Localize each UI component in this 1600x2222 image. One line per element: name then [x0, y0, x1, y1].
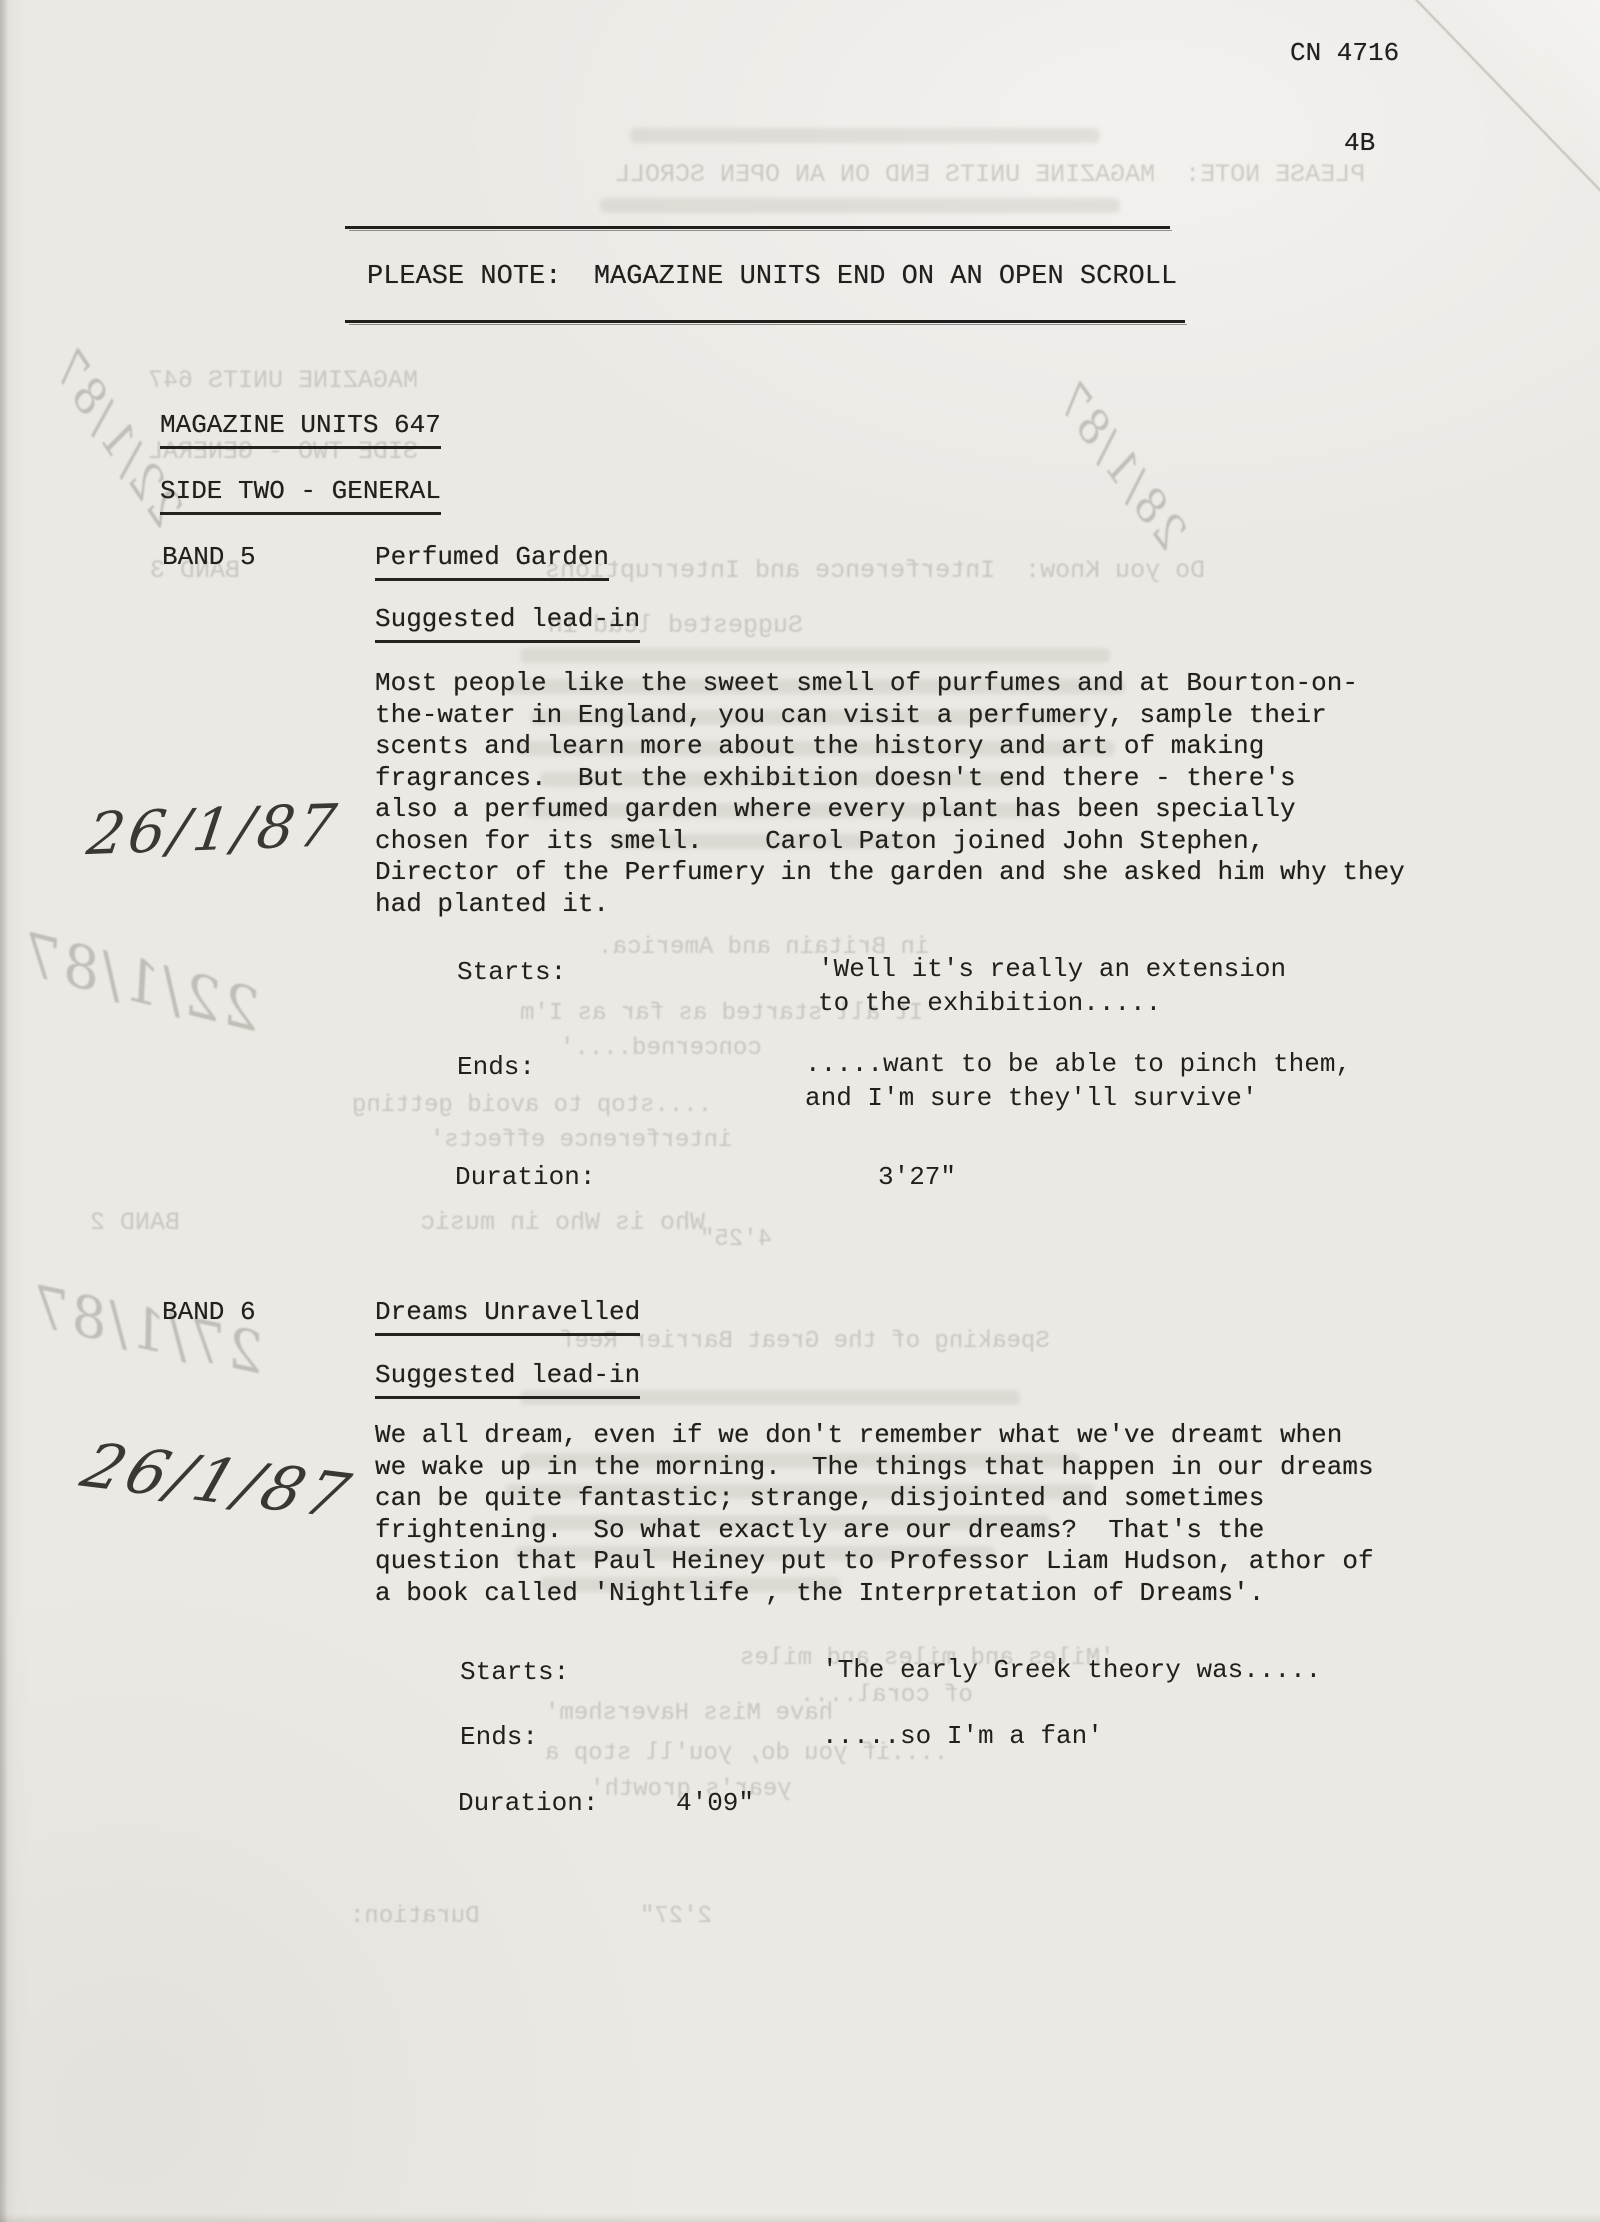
band-label: BAND 6	[162, 1297, 256, 1328]
starts-label: Starts:	[460, 1657, 569, 1687]
starts-label: Starts:	[457, 957, 566, 987]
duration-value: 3'27"	[878, 1160, 956, 1194]
duration-value: 4'09"	[676, 1786, 754, 1820]
notice-rule-bottom	[345, 320, 1185, 323]
scan-left-edge	[0, 0, 7, 2222]
bleedthrough-text: 22/1/87	[13, 919, 267, 1044]
band-title: Dreams Unravelled	[375, 1297, 640, 1336]
duration-label: Duration:	[455, 1162, 595, 1192]
lead-in-heading: Suggested lead-in	[375, 604, 640, 643]
handwritten-date-band6: 26/1/87	[73, 1429, 362, 1532]
starts-value: 'Well it's really an extension to the ex…	[818, 952, 1286, 1020]
bleedthrough-text: concerned....'	[560, 1035, 762, 1062]
bleedthrough-text: interference effects'	[430, 1127, 732, 1154]
scan-bottom-edge	[0, 2214, 1600, 2222]
handwritten-date-band5: 26/1/87	[83, 791, 344, 868]
bleedthrough-text: 2'27"	[640, 1903, 712, 1930]
band-label: BAND 5	[162, 542, 256, 573]
bleedthrough-text: Duration:	[350, 1903, 480, 1930]
document-subtitle: SIDE TWO - GENERAL	[160, 476, 441, 515]
bleedthrough-text: have Miss Havershem'	[545, 1700, 833, 1727]
bleedthrough-text: PLEASE NOTE: MAGAZINE UNITS END ON AN OP…	[615, 160, 1365, 189]
ends-value: .....want to be able to pinch them, and …	[805, 1047, 1351, 1115]
duration-label: Duration:	[458, 1788, 598, 1818]
bleedthrough-text: BAND 2	[90, 1208, 180, 1237]
ends-value: .....so I'm a fan'	[822, 1719, 1103, 1753]
lead-in-text: We all dream, even if we don't remember …	[375, 1420, 1374, 1609]
ends-label: Ends:	[460, 1722, 538, 1752]
bleedthrough-smudge	[600, 198, 1120, 213]
bleedthrough-text: 28/1/87	[1044, 373, 1197, 557]
bleedthrough-text: ....stop to avoid getting	[352, 1092, 712, 1119]
page-number: 4B	[1344, 128, 1375, 159]
lead-in-heading: Suggested lead-in	[375, 1360, 640, 1399]
bleedthrough-text: Who is Who in music	[420, 1208, 705, 1237]
bleedthrough-text: 4'25"	[700, 1226, 772, 1253]
notice-rule-top	[345, 226, 1170, 229]
bleedthrough-text: Do you Know: Interference and Interrupti…	[545, 556, 1205, 585]
starts-value: 'The early Greek theory was.....	[822, 1653, 1321, 1687]
band-title: Perfumed Garden	[375, 542, 609, 581]
bleedthrough-text: MAGAZINE UNITS 647	[148, 366, 418, 395]
ends-label: Ends:	[457, 1052, 535, 1082]
bleedthrough-smudge	[630, 128, 1100, 143]
notice-text: PLEASE NOTE: MAGAZINE UNITS END ON AN OP…	[367, 262, 1177, 293]
bleedthrough-text: 27/1/87	[24, 1274, 269, 1387]
lead-in-text: Most people like the sweet smell of purf…	[375, 668, 1405, 920]
document-title: MAGAZINE UNITS 647	[160, 410, 441, 449]
doc-reference: CN 4716	[1290, 38, 1399, 69]
corner-fold-highlight	[1390, 0, 1600, 180]
bleedthrough-smudge	[520, 648, 1110, 663]
scanned-document-page: PLEASE NOTE: MAGAZINE UNITS END ON AN OP…	[0, 0, 1600, 2222]
